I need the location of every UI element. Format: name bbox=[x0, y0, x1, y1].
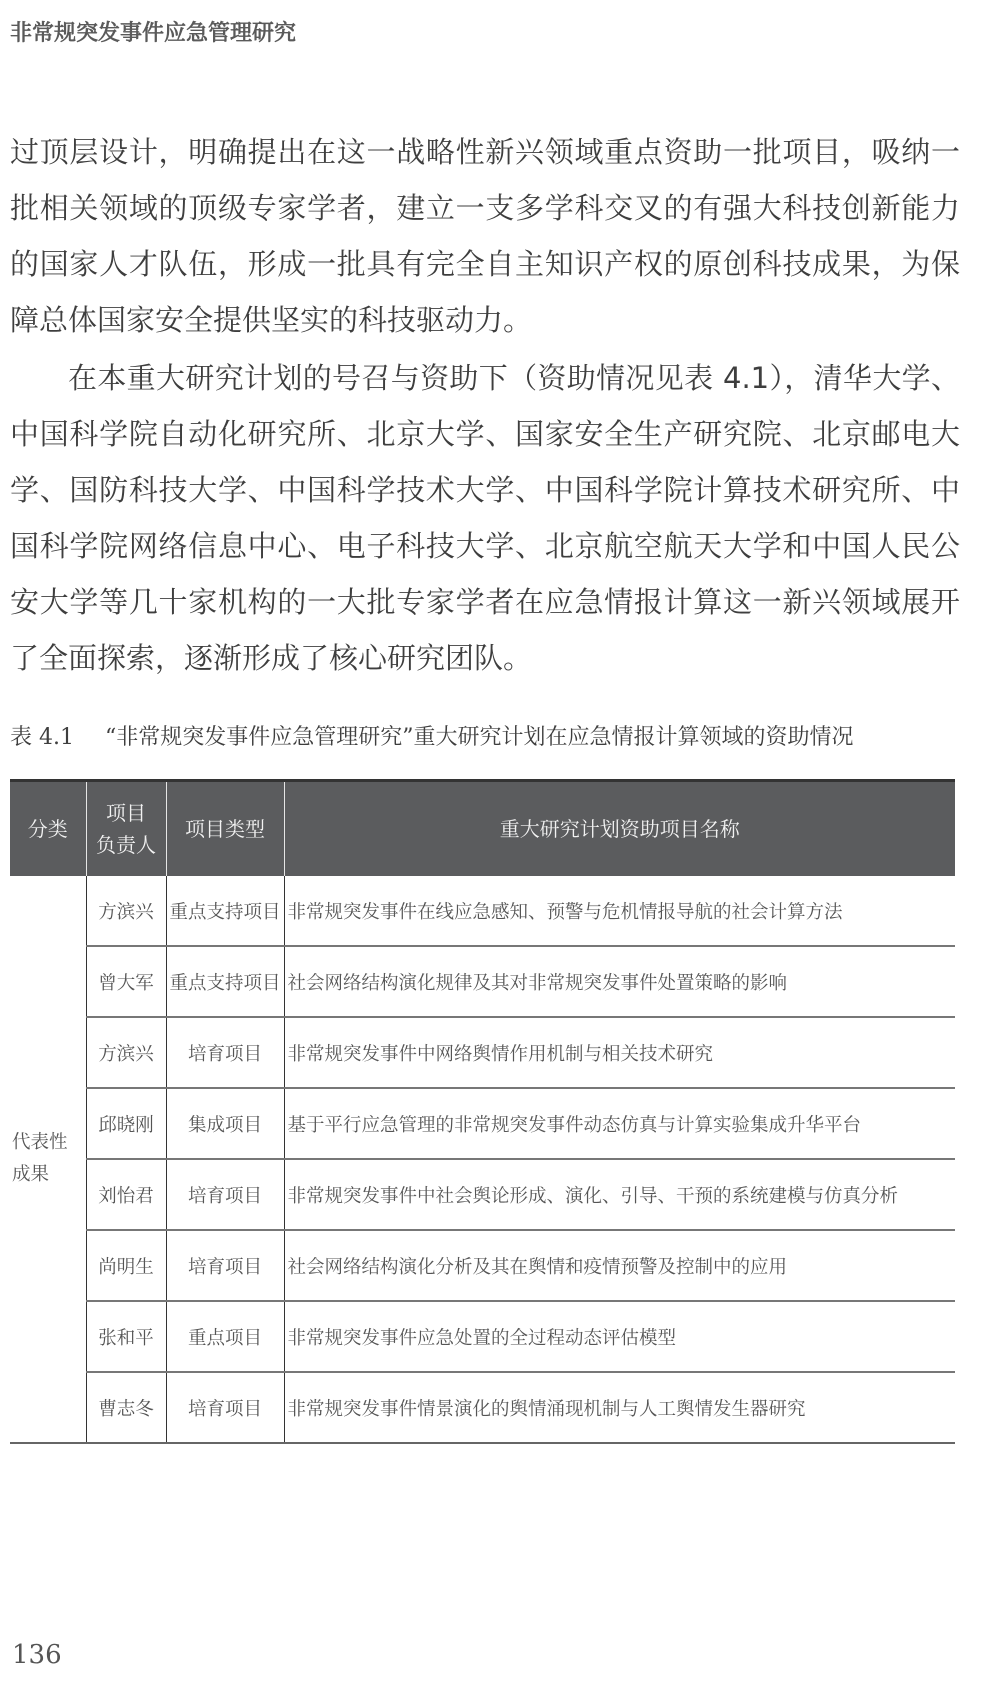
table-header-row: 分类 项目 负责人 项目类型 重大研究计划资助项目名称 bbox=[10, 781, 955, 877]
leader-cell: 张和平 bbox=[86, 1301, 166, 1372]
table-caption-number: 表 4.1 bbox=[10, 720, 105, 751]
category-line2: 成果 bbox=[12, 1159, 82, 1191]
type-cell: 培育项目 bbox=[166, 1017, 284, 1088]
title-cell: 社会网络结构演化分析及其在舆情和疫情预警及控制中的应用 bbox=[284, 1230, 955, 1301]
type-cell: 培育项目 bbox=[166, 1159, 284, 1230]
paragraph-2-text: 在本重大研究计划的号召与资助下（资助情况见表 4.1），清华大学、中国科学院自动… bbox=[10, 350, 960, 686]
paragraph-1-text: 过顶层设计，明确提出在这一战略性新兴领域重点资助一批项目，吸纳一批相关领域的顶级… bbox=[10, 124, 960, 348]
category-cell: 代表性 成果 bbox=[10, 876, 86, 1443]
leader-cell: 方滨兴 bbox=[86, 1017, 166, 1088]
type-cell: 培育项目 bbox=[166, 1372, 284, 1443]
grant-table: 分类 项目 负责人 项目类型 重大研究计划资助项目名称 代表性 成果 方滨兴 重… bbox=[10, 779, 955, 1444]
type-cell: 重点项目 bbox=[166, 1301, 284, 1372]
table-row: 曹志冬 培育项目 非常规突发事件情景演化的舆情涌现机制与人工舆情发生器研究 bbox=[10, 1372, 955, 1443]
type-cell: 重点支持项目 bbox=[166, 946, 284, 1017]
running-head: 非常规突发事件应急管理研究 bbox=[10, 16, 296, 47]
paragraph-1: 过顶层设计，明确提出在这一战略性新兴领域重点资助一批项目，吸纳一批相关领域的顶级… bbox=[10, 124, 960, 348]
title-cell: 非常规突发事件中社会舆论形成、演化、引导、干预的系统建模与仿真分析 bbox=[284, 1159, 955, 1230]
header-type: 项目类型 bbox=[166, 781, 284, 877]
type-cell: 重点支持项目 bbox=[166, 876, 284, 946]
paragraph-2: 在本重大研究计划的号召与资助下（资助情况见表 4.1），清华大学、中国科学院自动… bbox=[10, 350, 960, 686]
title-cell: 基于平行应急管理的非常规突发事件动态仿真与计算实验集成升华平台 bbox=[284, 1088, 955, 1159]
title-cell: 非常规突发事件在线应急感知、预警与危机情报导航的社会计算方法 bbox=[284, 876, 955, 946]
category-line1: 代表性 bbox=[12, 1127, 82, 1159]
table-caption-title: “非常规突发事件应急管理研究”重大研究计划在应急情报计算领域的资助情况 bbox=[105, 725, 854, 750]
table-row: 刘怡君 培育项目 非常规突发事件中社会舆论形成、演化、引导、干预的系统建模与仿真… bbox=[10, 1159, 955, 1230]
table-row: 方滨兴 培育项目 非常规突发事件中网络舆情作用机制与相关技术研究 bbox=[10, 1017, 955, 1088]
leader-cell: 曹志冬 bbox=[86, 1372, 166, 1443]
header-leader: 项目 负责人 bbox=[86, 781, 166, 877]
header-title: 重大研究计划资助项目名称 bbox=[284, 781, 955, 877]
title-cell: 非常规突发事件情景演化的舆情涌现机制与人工舆情发生器研究 bbox=[284, 1372, 955, 1443]
table-row: 尚明生 培育项目 社会网络结构演化分析及其在舆情和疫情预警及控制中的应用 bbox=[10, 1230, 955, 1301]
table-row: 代表性 成果 方滨兴 重点支持项目 非常规突发事件在线应急感知、预警与危机情报导… bbox=[10, 876, 955, 946]
title-cell: 非常规突发事件中网络舆情作用机制与相关技术研究 bbox=[284, 1017, 955, 1088]
leader-cell: 刘怡君 bbox=[86, 1159, 166, 1230]
header-leader-line1: 项目 bbox=[88, 797, 165, 829]
leader-cell: 邱晓刚 bbox=[86, 1088, 166, 1159]
leader-cell: 曾大军 bbox=[86, 946, 166, 1017]
type-cell: 集成项目 bbox=[166, 1088, 284, 1159]
table-caption: 表 4.1“非常规突发事件应急管理研究”重大研究计划在应急情报计算领域的资助情况 bbox=[10, 720, 960, 751]
title-cell: 社会网络结构演化规律及其对非常规突发事件处置策略的影响 bbox=[284, 946, 955, 1017]
header-category: 分类 bbox=[10, 781, 86, 877]
header-leader-line2: 负责人 bbox=[88, 829, 165, 861]
title-cell: 非常规突发事件应急处置的全过程动态评估模型 bbox=[284, 1301, 955, 1372]
page-number: 136 bbox=[12, 1640, 62, 1670]
type-cell: 培育项目 bbox=[166, 1230, 284, 1301]
table-row: 曾大军 重点支持项目 社会网络结构演化规律及其对非常规突发事件处置策略的影响 bbox=[10, 946, 955, 1017]
table-row: 张和平 重点项目 非常规突发事件应急处置的全过程动态评估模型 bbox=[10, 1301, 955, 1372]
table-row: 邱晓刚 集成项目 基于平行应急管理的非常规突发事件动态仿真与计算实验集成升华平台 bbox=[10, 1088, 955, 1159]
leader-cell: 尚明生 bbox=[86, 1230, 166, 1301]
leader-cell: 方滨兴 bbox=[86, 876, 166, 946]
